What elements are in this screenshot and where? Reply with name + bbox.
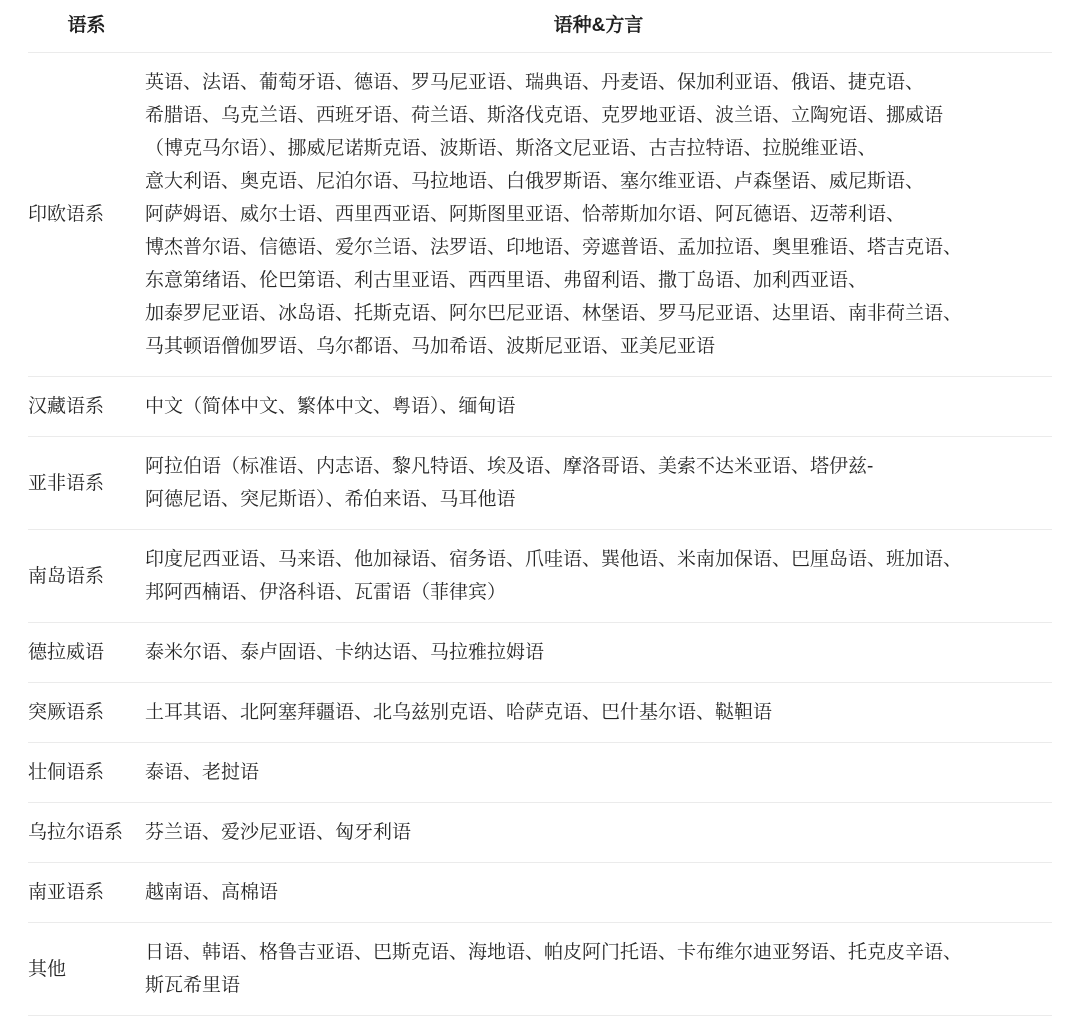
languages-cell: 英语、法语、葡萄牙语、德语、罗马尼亚语、瑞典语、丹麦语、保加利亚语、俄语、捷克语… (145, 66, 1052, 363)
family-cell: 印欧语系 (28, 198, 145, 231)
family-cell: 突厥语系 (28, 696, 145, 729)
family-cell: 其他 (28, 953, 145, 986)
table-row: 汉藏语系 中文（简体中文、繁体中文、粤语）、缅甸语 (28, 377, 1052, 437)
languages-cell: 芬兰语、爱沙尼亚语、匈牙利语 (145, 816, 1052, 849)
family-cell: 壮侗语系 (28, 756, 145, 789)
family-cell: 德拉威语 (28, 636, 145, 669)
family-cell: 南亚语系 (28, 876, 145, 909)
table-row: 其他 日语、韩语、格鲁吉亚语、巴斯克语、海地语、帕皮阿门托语、卡布维尔迪亚努语、… (28, 923, 1052, 1016)
table-row: 壮侗语系 泰语、老挝语 (28, 743, 1052, 803)
languages-cell: 日语、韩语、格鲁吉亚语、巴斯克语、海地语、帕皮阿门托语、卡布维尔迪亚努语、托克皮… (145, 936, 1052, 1002)
table-row: 德拉威语 泰米尔语、泰卢固语、卡纳达语、马拉雅拉姆语 (28, 623, 1052, 683)
family-cell: 汉藏语系 (28, 390, 145, 423)
table-row: 南岛语系 印度尼西亚语、马来语、他加禄语、宿务语、爪哇语、巽他语、米南加保语、巴… (28, 530, 1052, 623)
table-row: 突厥语系 土耳其语、北阿塞拜疆语、北乌兹别克语、哈萨克语、巴什基尔语、鞑靼语 (28, 683, 1052, 743)
table-row: 印欧语系 英语、法语、葡萄牙语、德语、罗马尼亚语、瑞典语、丹麦语、保加利亚语、俄… (28, 53, 1052, 377)
table-header-row: 语系 语种&方言 (28, 0, 1052, 53)
languages-cell: 阿拉伯语（标准语、内志语、黎凡特语、埃及语、摩洛哥语、美索不达米亚语、塔伊兹- … (145, 450, 1052, 516)
language-family-table: 语系 语种&方言 印欧语系 英语、法语、葡萄牙语、德语、罗马尼亚语、瑞典语、丹麦… (0, 0, 1080, 1016)
languages-cell: 越南语、高棉语 (145, 876, 1052, 909)
table-row: 乌拉尔语系 芬兰语、爱沙尼亚语、匈牙利语 (28, 803, 1052, 863)
table-row: 南亚语系 越南语、高棉语 (28, 863, 1052, 923)
languages-cell: 泰语、老挝语 (145, 756, 1052, 789)
family-cell: 乌拉尔语系 (28, 816, 145, 849)
table-row: 亚非语系 阿拉伯语（标准语、内志语、黎凡特语、埃及语、摩洛哥语、美索不达米亚语、… (28, 437, 1052, 530)
languages-cell: 印度尼西亚语、马来语、他加禄语、宿务语、爪哇语、巽他语、米南加保语、巴厘岛语、班… (145, 543, 1052, 609)
languages-cell: 土耳其语、北阿塞拜疆语、北乌兹别克语、哈萨克语、巴什基尔语、鞑靼语 (145, 696, 1052, 729)
family-cell: 南岛语系 (28, 560, 145, 593)
column-header-family: 语系 (28, 10, 145, 42)
family-cell: 亚非语系 (28, 467, 145, 500)
languages-cell: 泰米尔语、泰卢固语、卡纳达语、马拉雅拉姆语 (145, 636, 1052, 669)
column-header-languages: 语种&方言 (145, 10, 1052, 42)
languages-cell: 中文（简体中文、繁体中文、粤语）、缅甸语 (145, 390, 1052, 423)
